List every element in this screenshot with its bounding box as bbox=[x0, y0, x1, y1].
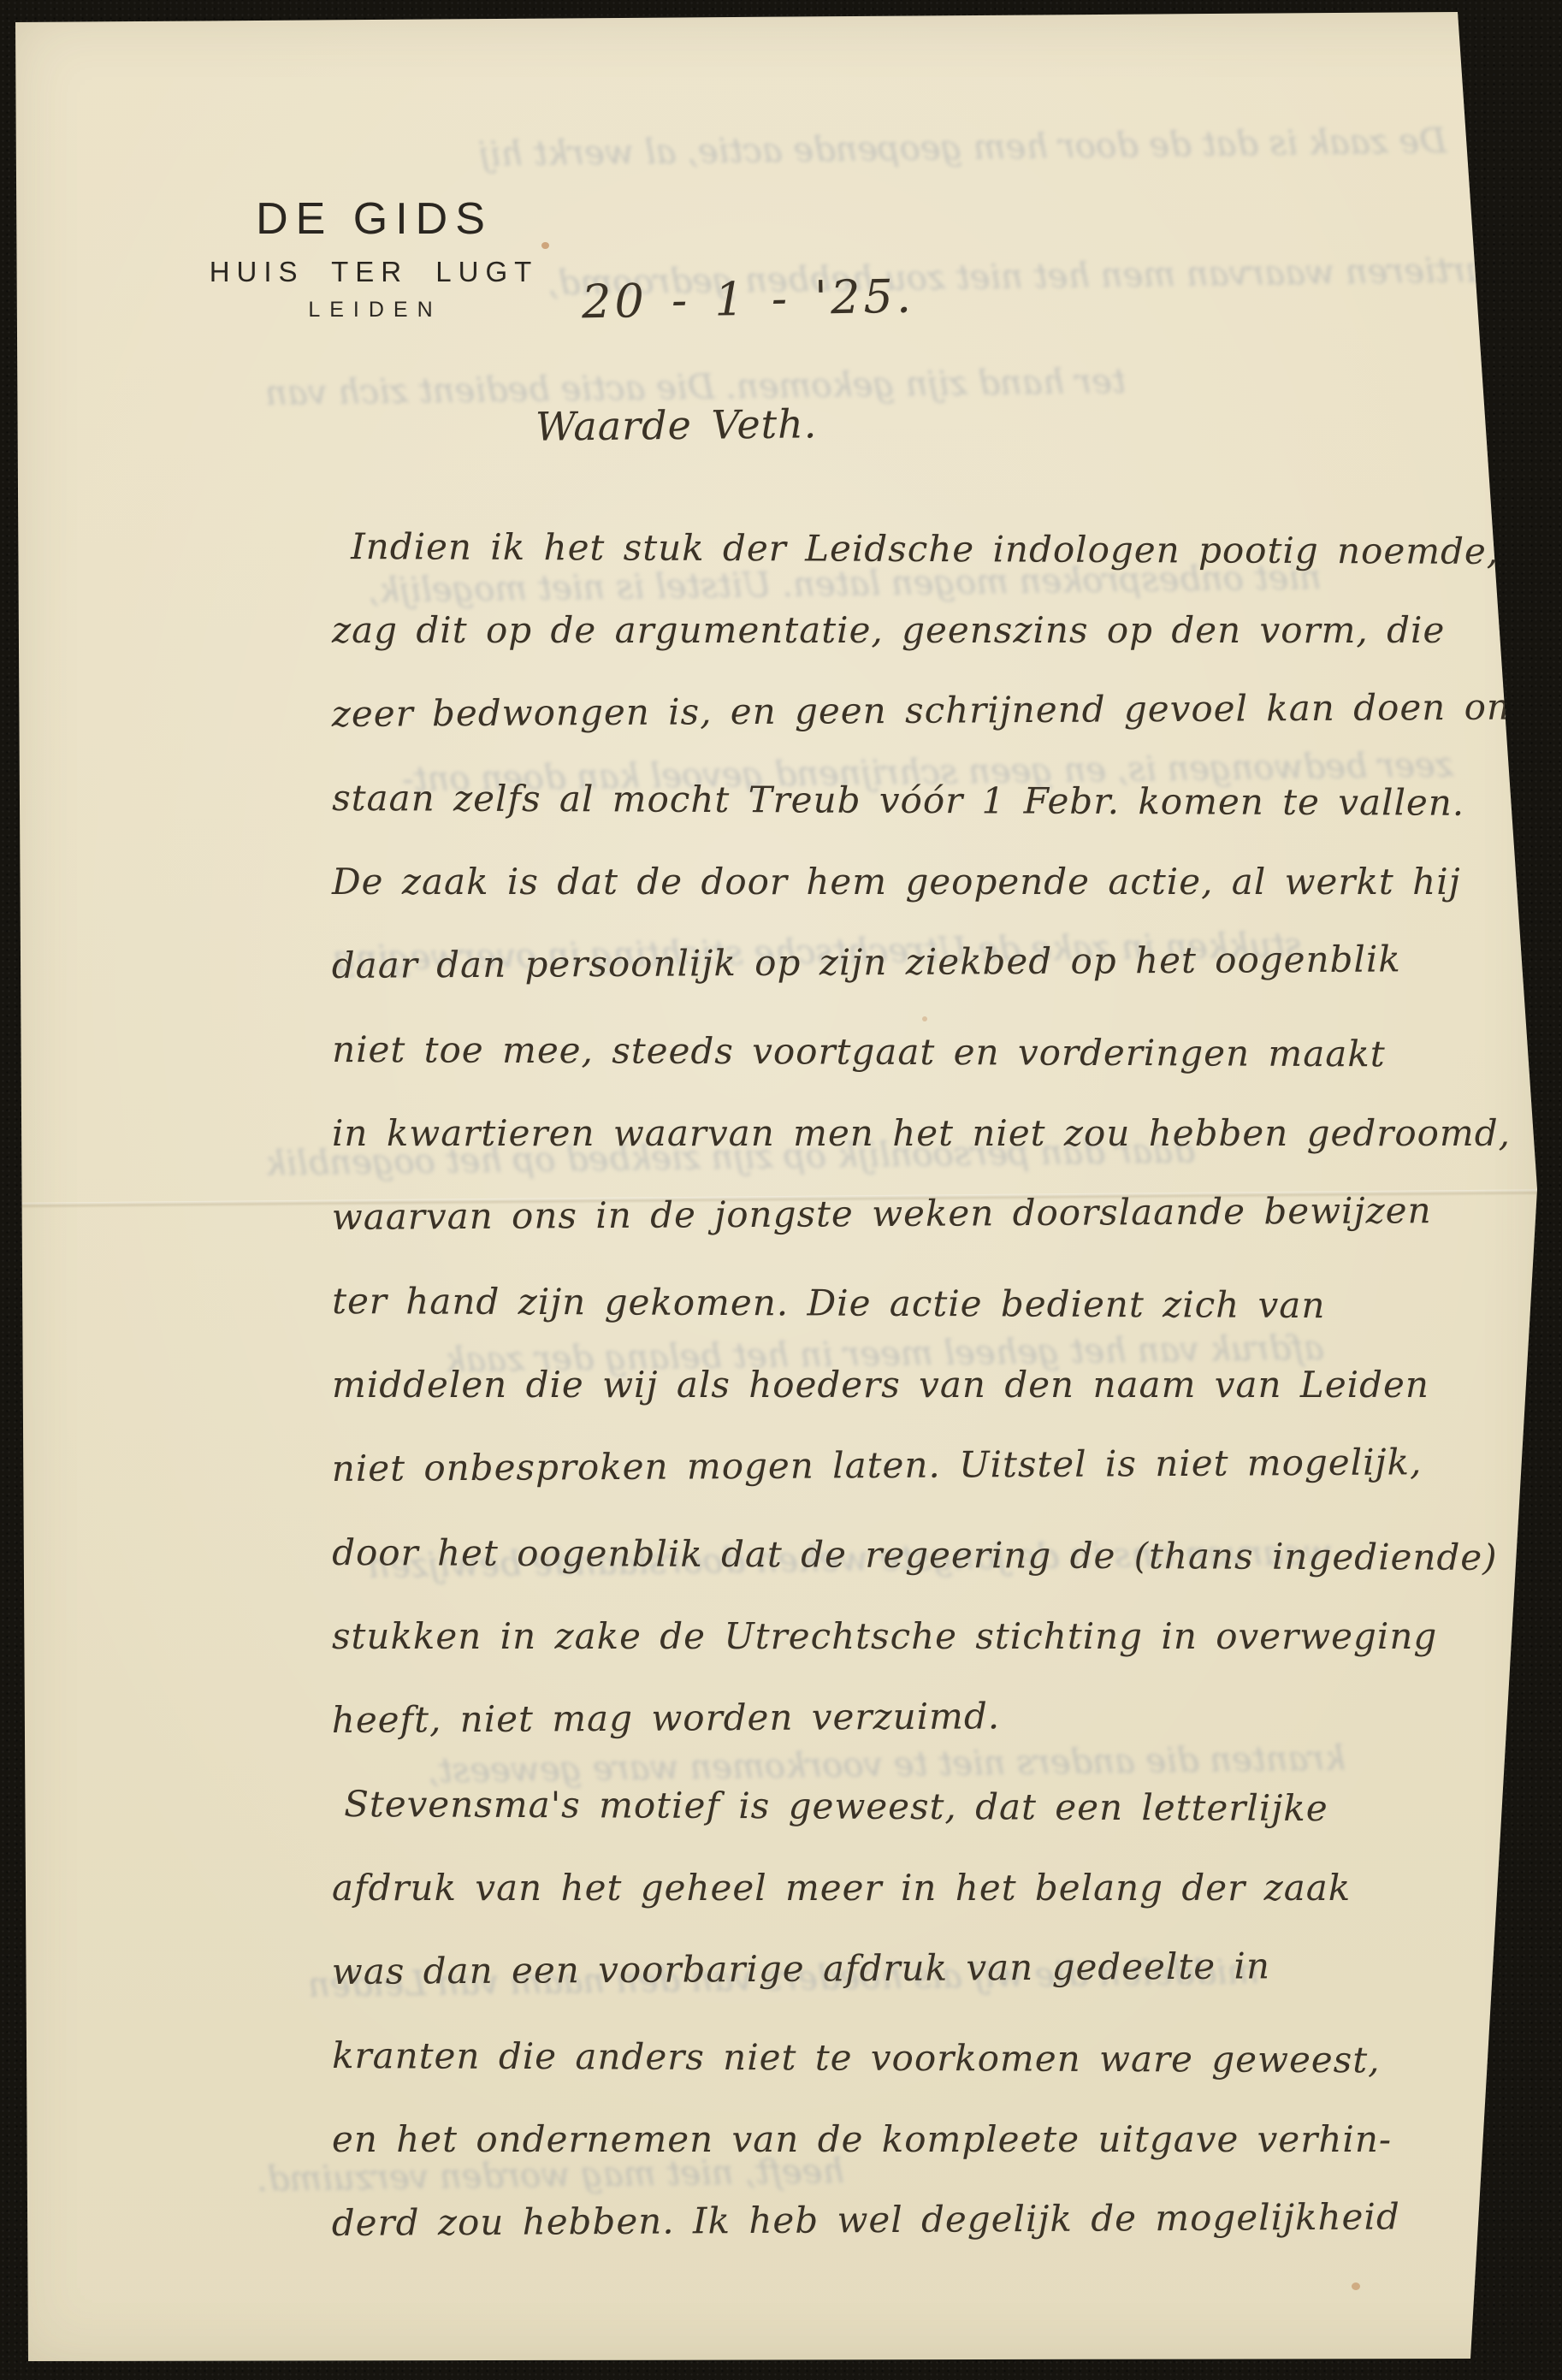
letter-date: 20 - 1 - '25. bbox=[581, 269, 914, 329]
letter-line: afdruk van het geheel meer in het belang… bbox=[332, 1846, 1444, 1930]
letter-line: De zaak is dat de door hem geopende acti… bbox=[332, 840, 1444, 924]
letter-line: in kwartieren waarvan men het niet zou h… bbox=[332, 1092, 1444, 1175]
letter-line: zeer bedwongen is, en geen schrijnend ge… bbox=[332, 666, 1445, 756]
letter-line: door het oogenblik dat de regeering de (… bbox=[332, 1511, 1444, 1600]
letter-line: stukken in zake de Utrechtsche stichting… bbox=[332, 1595, 1444, 1678]
letter-line: derd zou hebben. Ik heb wel degelijk de … bbox=[332, 2175, 1445, 2265]
letter-line: ter hand zijn gekomen. Die actie bedient… bbox=[332, 1259, 1444, 1348]
letter-line: kranten die anders niet te voorkomen war… bbox=[332, 2014, 1444, 2103]
letter-line: middelen die wij als hoeders van den naa… bbox=[332, 1343, 1444, 1427]
photo-background: De zaak is dat de door hem geopende acti… bbox=[0, 0, 1562, 2380]
foxing-speck bbox=[922, 1016, 927, 1021]
letter-line: niet toe mee, steeds voortgaat en vorder… bbox=[332, 1008, 1444, 1097]
letter-line: zag dit op de argumentatie, geenszins op… bbox=[332, 589, 1444, 672]
foxing-speck bbox=[1352, 2282, 1360, 2290]
letterhead: DE GIDS HUIS TER LUGT LEIDEN bbox=[199, 193, 541, 323]
letter-line: en het ondernemen van de kompleete uitga… bbox=[332, 2098, 1444, 2182]
salutation: Waarde Veth. bbox=[535, 400, 818, 449]
letter-line: daar dan persoonlijk op zijn ziekbed op … bbox=[332, 917, 1445, 1008]
foxing-speck bbox=[541, 242, 549, 249]
letter-line: was dan een voorbarige afdruk van gedeel… bbox=[332, 1923, 1445, 2014]
letter-line: waarvan ons in de jongste weken doorslaa… bbox=[332, 1169, 1445, 1259]
letter-line: Stevensma's motief is geweest, dat een l… bbox=[332, 1762, 1444, 1851]
letterhead-city: LEIDEN bbox=[199, 298, 541, 323]
letterhead-title: DE GIDS bbox=[199, 193, 541, 245]
bleed-through-text: De zaak is dat de door hem geopende acti… bbox=[479, 121, 1447, 175]
letter-line: niet onbesproken mogen laten. Uitstel is… bbox=[332, 1420, 1445, 1511]
letter-body: Indien ik het stuk der Leidsche indologe… bbox=[332, 505, 1444, 2265]
letter-line: Indien ik het stuk der Leidsche indologe… bbox=[332, 505, 1444, 594]
letter-line: staan zelfs al mocht Treub vóór 1 Febr. … bbox=[332, 756, 1444, 845]
letter-page: De zaak is dat de door hem geopende acti… bbox=[0, 0, 1562, 2380]
letterhead-address: HUIS TER LUGT bbox=[199, 256, 541, 288]
letter-line: heeft, niet mag worden verzuimd. bbox=[332, 1672, 1445, 1762]
